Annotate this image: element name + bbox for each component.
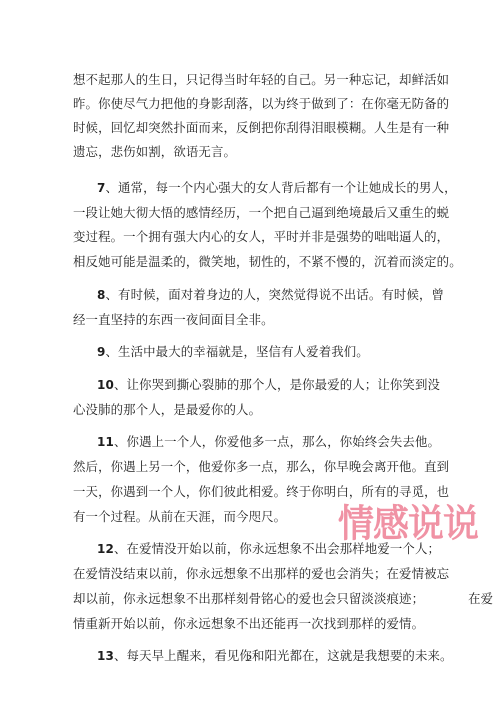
line-text: 一天，你遇到一个人，你们彼此相爱。终于你明白，所有的寻觅，也 — [73, 484, 449, 499]
line-text: 想不起那人的生日，只记得当时年轻的自己。另一种忘记，却鲜活如 — [73, 72, 449, 87]
text-line: 一段让她大彻大悟的感情经历，一个把自己逼到绝境最后又重生的蜕 — [73, 205, 449, 221]
numbered-paragraph-start: 9、生活中最大的幸福就是，坚信有人爱着我们。 — [97, 344, 369, 360]
line-text: 有一个过程。从前在天涯，而今咫尺。 — [73, 509, 286, 524]
line-text: 、通常，每一个内心强大的女人背后都有一个让她成长的男人， — [106, 180, 457, 195]
text-line: 情重新开始以前，你永远想象不出还能再一次找到那样的爱情。 — [73, 616, 424, 632]
line-text: 情重新开始以前，你永远想象不出还能再一次找到那样的爱情。 — [73, 616, 424, 631]
text-line: 在爱情没结束以前，你永远想象不出那样的爱也会消失；在爱情被忘 — [73, 566, 449, 582]
text-line: 遗忘，悲伤如割，欲语无言。 — [73, 144, 236, 160]
line-text: 经一直坚持的东西一夜间面目全非。 — [73, 312, 274, 327]
line-text: 然后，你遇上另一个，他爱你多一点，那么，你早晚会离开他。直到 — [73, 459, 449, 474]
line-text: 、让你哭到撕心裂肺的那个人，是你最爱的人；让你笑到没 — [114, 377, 440, 392]
line-text: 遗忘，悲伤如割，欲语无言。 — [73, 144, 236, 159]
paragraph-number: 13 — [97, 649, 114, 663]
line-text: 在爱情没结束以前，你永远想象不出那样的爱也会消失；在爱情被忘 — [73, 566, 449, 581]
numbered-paragraph-start: 8、有时候，面对着身边的人，突然觉得说不出话。有时候，曾 — [97, 287, 444, 303]
numbered-paragraph-start: 7、通常，每一个内心强大的女人背后都有一个让她成长的男人， — [97, 180, 457, 196]
line-text: 、每天早上醒来，看见你和阳光都在，这就是我想要的未来。 — [114, 648, 453, 663]
watermark-logo: 情感说说 — [338, 504, 478, 546]
text-line: 变过程。一个拥有强大内心的女人，平时并非是强势的咄咄逼人的， — [73, 229, 449, 245]
paragraph-number: 8 — [97, 288, 106, 302]
text-line: 时候，回忆却突然扑面而来，反倒把你刮得泪眼模糊。人生是有一种 — [73, 120, 449, 136]
line-text: 相反她可能是温柔的，微笑地，韧性的，不紧不慢的，沉着而淡定的。 — [73, 254, 462, 269]
line-text: 变过程。一个拥有强大内心的女人，平时并非是强势的咄咄逼人的， — [73, 229, 449, 244]
text-line: 然后，你遇上另一个，他爱你多一点，那么，你早晚会离开他。直到 — [73, 459, 449, 475]
document-page: 想不起那人的生日，只记得当时年轻的自己。另一种忘记，却鲜活如昨。你使尽气力把他的… — [0, 0, 500, 708]
line-text: 时候，回忆却突然扑面而来，反倒把你刮得泪眼模糊。人生是有一种 — [73, 120, 449, 135]
paragraph-number: 11 — [97, 435, 114, 449]
line-text: 、有时候，面对着身边的人，突然觉得说不出话。有时候，曾 — [106, 287, 445, 302]
numbered-paragraph-start: 13、每天早上醒来，看见你和阳光都在，这就是我想要的未来。 — [97, 648, 453, 664]
line-text: 却以前，你永远想象不出那样刻骨铭心的爱也会只留淡淡痕迹； 在爱 — [73, 591, 493, 606]
paragraph-number: 7 — [97, 181, 106, 195]
paragraph-number: 9 — [97, 345, 106, 359]
text-line: 有一个过程。从前在天涯，而今咫尺。 — [73, 509, 286, 525]
text-line: 心没肺的那个人，是最爱你的人。 — [73, 402, 261, 418]
text-line: 却以前，你永远想象不出那样刻骨铭心的爱也会只留淡淡痕迹； 在爱 — [73, 591, 493, 607]
text-line: 想不起那人的生日，只记得当时年轻的自己。另一种忘记，却鲜活如 — [73, 72, 449, 88]
paragraph-number: 12 — [97, 542, 114, 556]
line-text: 一段让她大彻大悟的感情经历，一个把自己逼到绝境最后又重生的蜕 — [73, 205, 449, 220]
text-line: 一天，你遇到一个人，你们彼此相爱。终于你明白，所有的寻觅，也 — [73, 484, 449, 500]
text-line: 相反她可能是温柔的，微笑地，韧性的，不紧不慢的，沉着而淡定的。 — [73, 254, 462, 270]
page-number: 2 — [247, 654, 252, 663]
numbered-paragraph-start: 11、你遇上一个人，你爱他多一点，那么，你始终会失去他。 — [97, 434, 440, 450]
text-line: 昨。你使尽气力把他的身影刮落，以为终于做到了：在你毫无防备的 — [73, 96, 449, 112]
numbered-paragraph-start: 10、让你哭到撕心裂肺的那个人，是你最爱的人；让你笑到没 — [97, 377, 440, 393]
text-line: 经一直坚持的东西一夜间面目全非。 — [73, 312, 274, 328]
paragraph-number: 10 — [97, 378, 114, 392]
line-text: 、生活中最大的幸福就是，坚信有人爱着我们。 — [106, 344, 369, 359]
line-text: 心没肺的那个人，是最爱你的人。 — [73, 402, 261, 417]
line-text: 、你遇上一个人，你爱他多一点，那么，你始终会失去他。 — [114, 434, 440, 449]
line-text: 昨。你使尽气力把他的身影刮落，以为终于做到了：在你毫无防备的 — [73, 96, 449, 111]
